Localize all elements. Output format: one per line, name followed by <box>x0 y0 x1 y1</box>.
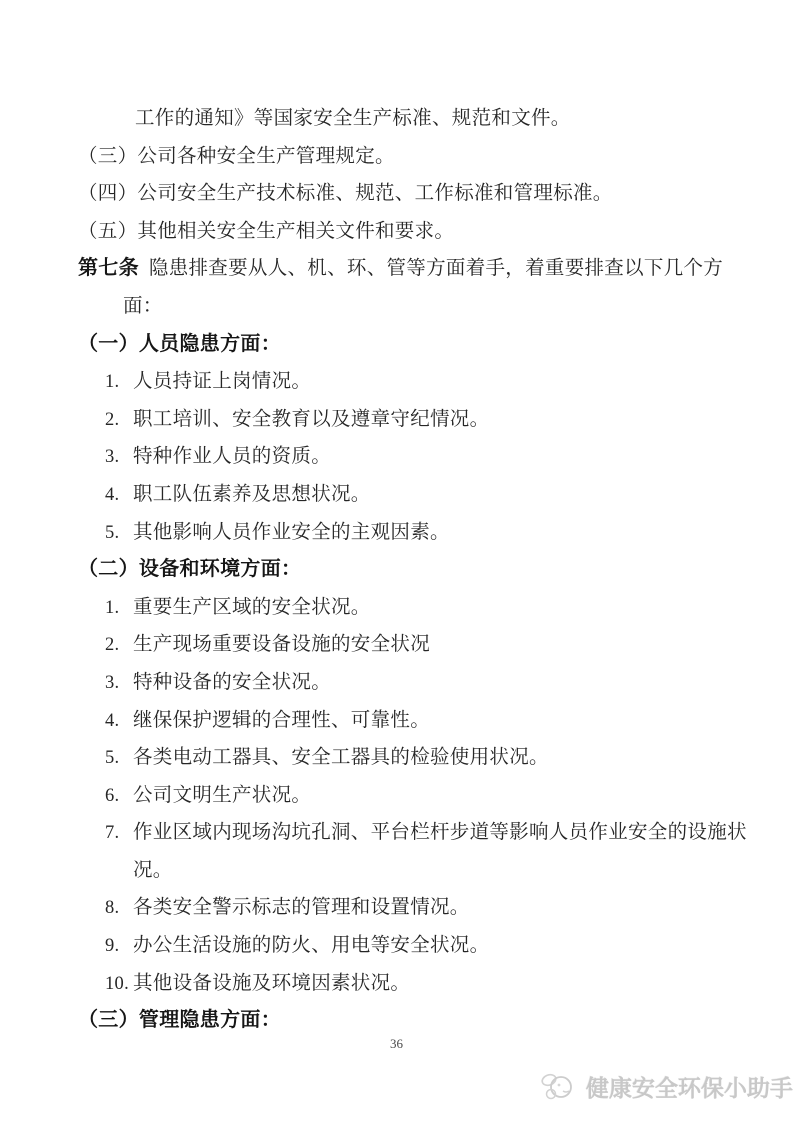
list-item-text: 作业区域内现场沟坑孔洞、平台栏杆步道等影响人员作业安全的设施状 <box>133 822 747 843</box>
list-item-number: 4. <box>105 703 133 741</box>
list-item-text: 特种设备的安全状况。 <box>133 672 331 693</box>
list-item-text: 人员持证上岗情况。 <box>133 371 311 392</box>
list-item-number: 10. <box>105 966 133 1004</box>
list-item: 5.各类电动工器具、安全工器具的检验使用状况。 <box>78 739 763 777</box>
article-7-text: 隐患排查要从人、机、环、管等方面着手，着重要排查以下几个方 <box>149 258 723 279</box>
list-item-number: 5. <box>105 515 133 553</box>
list-item-paren-5: （五）其他相关安全生产相关文件和要求。 <box>78 213 763 251</box>
list-item-text: 其他设备设施及环境因素状况。 <box>133 973 410 994</box>
list-item: 3.特种作业人员的资质。 <box>78 438 763 476</box>
list-item: 4.继保保护逻辑的合理性、可靠性。 <box>78 702 763 740</box>
article-7-continuation: 面： <box>78 288 763 326</box>
section-heading-1: （一）人员隐患方面： <box>78 326 763 364</box>
list-item-paren-3: （三）公司各种安全生产管理规定。 <box>78 138 763 176</box>
list-item-number: 3. <box>105 439 133 477</box>
watermark: 健康安全环保小助手 <box>539 1070 793 1103</box>
list-item: 7.作业区域内现场沟坑孔洞、平台栏杆步道等影响人员作业安全的设施状 <box>78 814 763 852</box>
list-item-text: 其他影响人员作业安全的主观因素。 <box>133 522 450 543</box>
section-heading-2: （二）设备和环境方面： <box>78 551 763 589</box>
list-item-text: 职工培训、安全教育以及遵章守纪情况。 <box>133 409 489 430</box>
list-item-number: 1. <box>105 590 133 628</box>
list-item-text: 各类电动工器具、安全工器具的检验使用状况。 <box>133 747 549 768</box>
list-item: 1.重要生产区域的安全状况。 <box>78 589 763 627</box>
section-heading-3: （三）管理隐患方面： <box>78 1002 763 1040</box>
watermark-text: 健康安全环保小助手 <box>586 1070 793 1103</box>
list-item-continuation: 况。 <box>78 852 763 890</box>
list-item: 3.特种设备的安全状况。 <box>78 664 763 702</box>
list-item-text: 继保保护逻辑的合理性、可靠性。 <box>133 710 430 731</box>
list-item-text: 重要生产区域的安全状况。 <box>133 597 371 618</box>
page-number: 36 <box>0 1036 793 1052</box>
list-item: 5.其他影响人员作业安全的主观因素。 <box>78 514 763 552</box>
list-item-number: 5. <box>105 740 133 778</box>
mascot-logo-icon <box>539 1071 579 1103</box>
list-item-paren-4: （四）公司安全生产技术标准、规范、工作标准和管理标准。 <box>78 175 763 213</box>
list-item: 1.人员持证上岗情况。 <box>78 363 763 401</box>
list-item: 8.各类安全警示标志的管理和设置情况。 <box>78 889 763 927</box>
list-item-number: 3. <box>105 665 133 703</box>
list-item: 9.办公生活设施的防火、用电等安全状况。 <box>78 927 763 965</box>
list-item: 6.公司文明生产状况。 <box>78 777 763 815</box>
list-item-number: 8. <box>105 890 133 928</box>
list-item-number: 2. <box>105 627 133 665</box>
list-item-text: 各类安全警示标志的管理和设置情况。 <box>133 897 470 918</box>
document-body: 工作的通知》等国家安全生产标准、规范和文件。 （三）公司各种安全生产管理规定。 … <box>78 100 763 1040</box>
list-item-number: 9. <box>105 928 133 966</box>
article-7-label: 第七条 <box>78 257 139 279</box>
list-item-text: 生产现场重要设备设施的安全状况 <box>133 634 430 655</box>
article-7-line: 第七条隐患排查要从人、机、环、管等方面着手，着重要排查以下几个方 <box>78 250 763 288</box>
list-item-text: 办公生活设施的防火、用电等安全状况。 <box>133 935 489 956</box>
list-item-text: 职工队伍素养及思想状况。 <box>133 484 371 505</box>
list-item: 2.职工培训、安全教育以及遵章守纪情况。 <box>78 401 763 439</box>
list-item-number: 1. <box>105 364 133 402</box>
list-item-number: 2. <box>105 402 133 440</box>
list-item-text: 公司文明生产状况。 <box>133 785 311 806</box>
list-item: 10.其他设备设施及环境因素状况。 <box>78 965 763 1003</box>
list-item-number: 4. <box>105 477 133 515</box>
document-page: 工作的通知》等国家安全生产标准、规范和文件。 （三）公司各种安全生产管理规定。 … <box>0 0 793 1122</box>
list-item: 4.职工队伍素养及思想状况。 <box>78 476 763 514</box>
paragraph-continuation-line: 工作的通知》等国家安全生产标准、规范和文件。 <box>78 100 763 138</box>
list-item-number: 6. <box>105 778 133 816</box>
list-item-number: 7. <box>105 815 133 853</box>
list-item: 2.生产现场重要设备设施的安全状况 <box>78 626 763 664</box>
list-item-text: 特种作业人员的资质。 <box>133 446 331 467</box>
